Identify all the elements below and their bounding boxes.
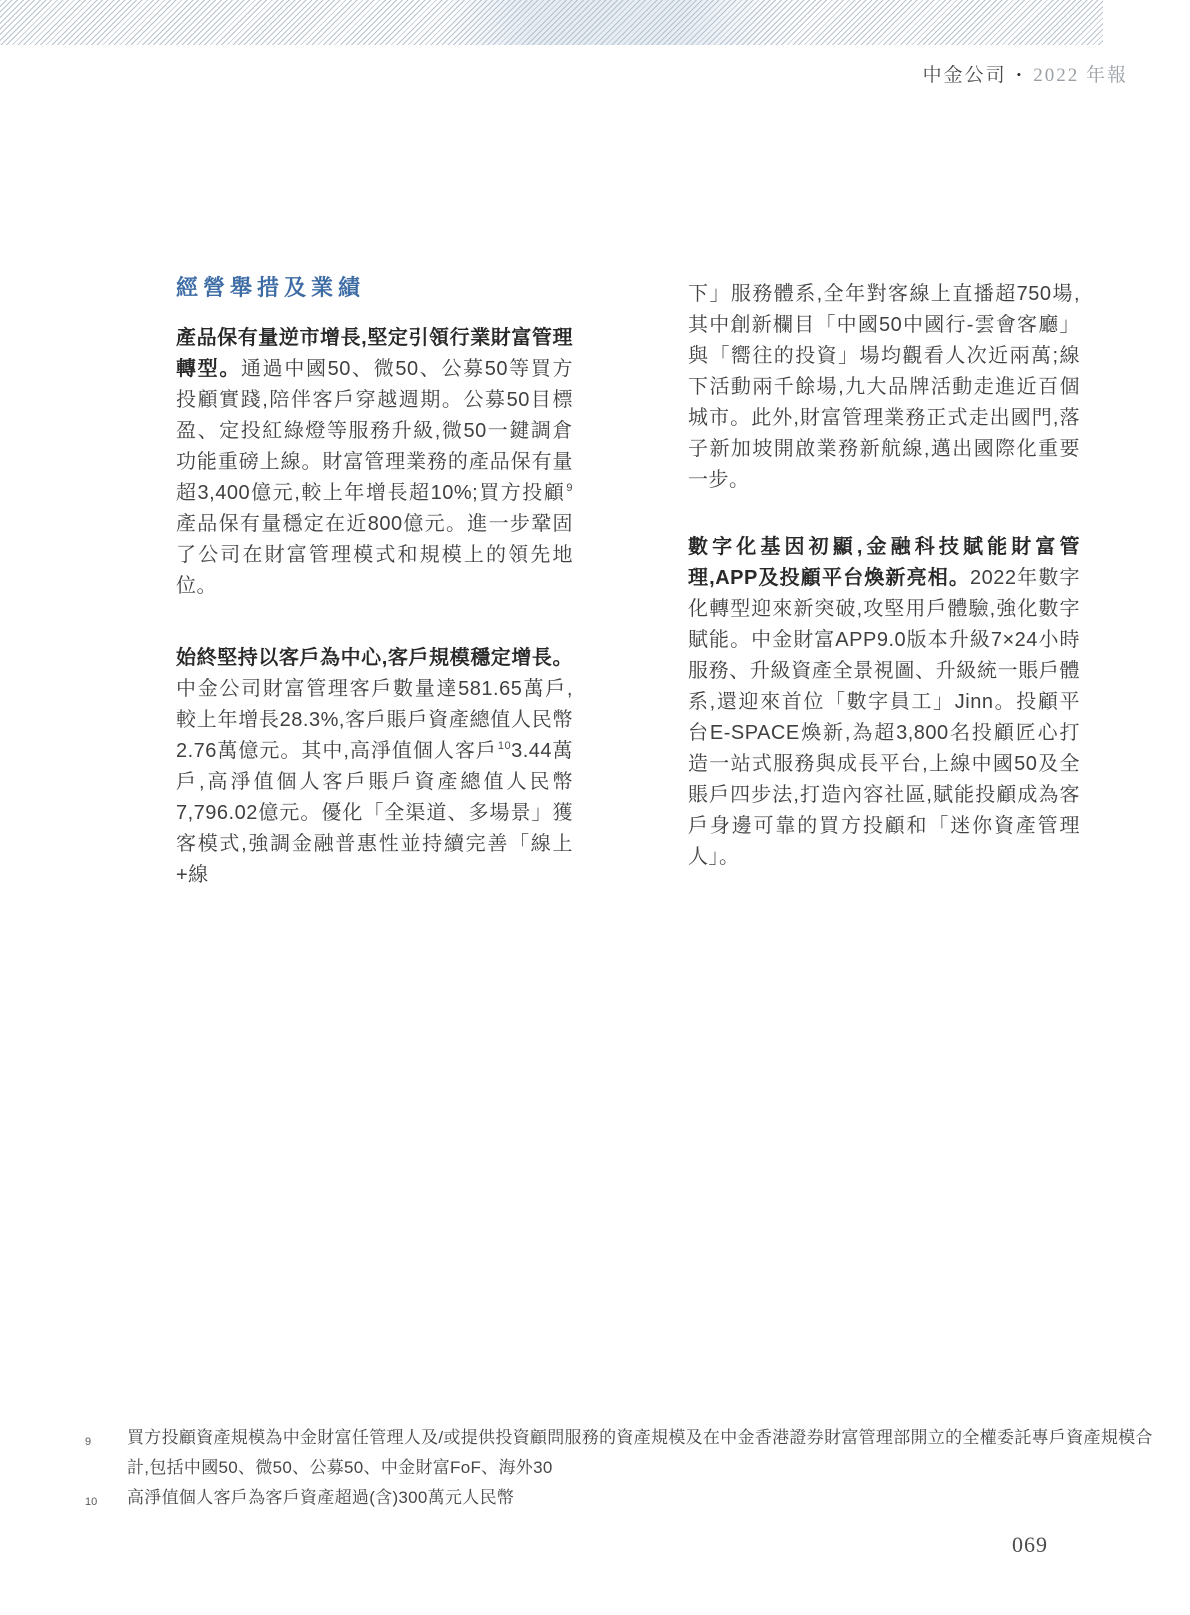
company-name: 中金公司 <box>923 65 1007 86</box>
footnote-marker: 10 <box>85 1483 127 1517</box>
left-text-column: 經營舉措及業績 產品保有量逆市增長,堅定引領行業財富管理轉型。通過中國50、微5… <box>176 272 573 891</box>
footnote-text: 高淨值個人客戶為客戶資產超過(含)300萬元人民幣 <box>127 1483 1155 1513</box>
paragraph-product-holdings: 產品保有量逆市增長,堅定引領行業財富管理轉型。通過中國50、微50、公募50等買… <box>176 323 573 602</box>
footnote-ref-10: 10 <box>498 740 511 752</box>
footnote-ref-9: 9 <box>566 482 573 494</box>
separator-bullet: • <box>1017 67 1024 82</box>
paragraph-service-system: 下」服務體系,全年對客線上直播超750場,其中創新欄目「中國50中國行-雲會客廳… <box>688 279 1080 496</box>
footnotes-section: 9 買方投顧資產規模為中金財富任管理人及/或提供投資顧問服務的資產規模及在中金香… <box>85 1423 1155 1517</box>
right-text-column: 下」服務體系,全年對客線上直播超750場,其中創新欄目「中國50中國行-雲會客廳… <box>688 279 1080 873</box>
annual-report-page: 中金公司•2022 年報 經營舉措及業績 產品保有量逆市增長,堅定引領行業財富管… <box>0 0 1190 1615</box>
page-number: 069 <box>1012 1532 1048 1558</box>
report-edition: 2022 年報 <box>1033 65 1128 86</box>
paragraph-lead: 始終堅持以客戶為中心,客戶規模穩定增長。 <box>176 647 573 669</box>
section-title: 經營舉措及業績 <box>176 272 573 303</box>
paragraph-client-scale: 始終堅持以客戶為中心,客戶規模穩定增長。中金公司財富管理客戶數量達581.65萬… <box>176 643 573 891</box>
paragraph-body: 2022年數字化轉型迎來新突破,攻堅用戶體驗,強化數字賦能。中金財富APP9.0… <box>688 567 1080 868</box>
paragraph-body: 下」服務體系,全年對客線上直播超750場,其中創新欄目「中國50中國行-雲會客廳… <box>688 283 1080 491</box>
diagonal-hatch-band <box>0 0 1103 45</box>
paragraph-body: 產品保有量穩定在近800億元。進一步鞏固了公司在財富管理模式和規模上的領先地位。 <box>176 513 573 597</box>
footnote-10: 10 高淨值個人客戶為客戶資產超過(含)300萬元人民幣 <box>85 1483 1155 1517</box>
footnote-text: 買方投顧資產規模為中金財富任管理人及/或提供投資顧問服務的資產規模及在中金香港證… <box>127 1423 1155 1483</box>
footnote-marker: 9 <box>85 1423 127 1457</box>
running-head: 中金公司•2022 年報 <box>923 60 1128 87</box>
footnote-9: 9 買方投顧資產規模為中金財富任管理人及/或提供投資顧問服務的資產規模及在中金香… <box>85 1423 1155 1483</box>
paragraph-digitalization: 數字化基因初顯,金融科技賦能財富管理,APP及投顧平台煥新亮相。2022年數字化… <box>688 532 1080 873</box>
